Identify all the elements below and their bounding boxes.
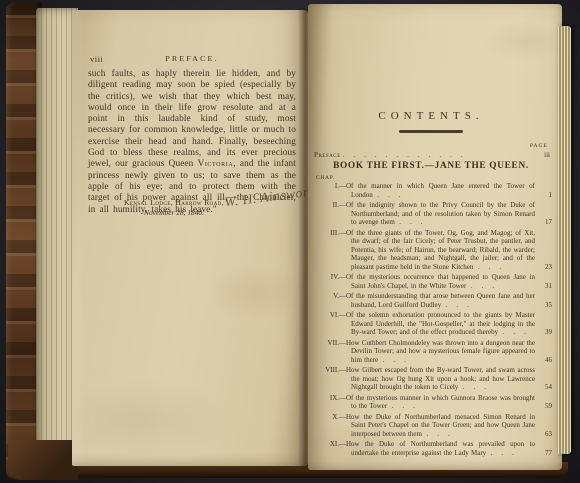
preface-toc-label: Preface (314, 151, 341, 159)
toc-entry-page: 39 (545, 328, 552, 337)
contents-title: CONTENTS. (308, 110, 554, 122)
toc-entry: XI.—How the Duke of Northumberland was p… (320, 440, 552, 457)
toc-entry-number: I.— (320, 182, 346, 191)
toc-entry: VII.—How Cuthbert Cholmondeley was throw… (320, 339, 552, 365)
toc-entry-page: 77 (545, 449, 552, 458)
right-page-edges (558, 26, 571, 454)
toc-entry-number: III.— (320, 229, 346, 238)
divider-rule (399, 130, 463, 133)
running-header: PREFACE. (88, 54, 296, 63)
toc-entry-page: 23 (545, 263, 552, 272)
toc-dot-leader: . . . (378, 356, 407, 364)
toc-entry: VI.—Of the solemn exhortation pronounced… (320, 311, 552, 337)
toc-dot-leader: . . . (422, 430, 451, 438)
toc-entry: III.—Of the three giants of the Tower, O… (320, 229, 552, 272)
toc-entry-text: Of the mysterious manner in which Gunnor… (346, 394, 535, 411)
toc-entry-text: Of the indignity shown to the Privy Coun… (346, 201, 535, 226)
toc-entry-page: 17 (545, 218, 552, 227)
toc-entry-page: 46 (545, 356, 552, 365)
toc-dot-leader: . . . (441, 301, 470, 309)
toc-entry-number: VI.— (320, 311, 346, 320)
toc-entry: X.—How the Duke of Northumberland menace… (320, 413, 552, 439)
toc-entry-number: V.— (320, 292, 346, 301)
toc-entry-number: XI.— (320, 440, 346, 449)
toc-entries: I.—Of the manner in which Queen Jane ent… (320, 182, 552, 459)
preface-toc-page: iii (544, 151, 550, 159)
toc-dot-leader: . . . (498, 328, 527, 336)
preface-dot-leader: . . . . . . . . . . . . (343, 151, 464, 159)
toc-entry-page: 31 (545, 282, 552, 291)
toc-entry-number: X.— (320, 413, 346, 422)
book-photo: viii PREFACE. such faults, as haply ther… (0, 0, 580, 483)
toc-entry: I.—Of the manner in which Queen Jane ent… (320, 182, 552, 199)
toc-dot-leader: . . . (486, 449, 515, 457)
toc-dot-leader: . . . (473, 263, 502, 271)
page-column-label: PAGE (530, 143, 548, 149)
toc-entry-text: How Cuthbert Cholmondeley was thrown int… (346, 339, 535, 364)
toc-entry: IV.—Of the mysterious occurrence that ha… (320, 273, 552, 290)
toc-dot-leader: . . . (458, 383, 487, 391)
toc-entry-number: VIII.— (320, 366, 346, 375)
left-page: viii PREFACE. such faults, as haply ther… (72, 10, 308, 466)
left-page-header: viii PREFACE. (88, 54, 296, 66)
toc-entry-page: 63 (545, 430, 552, 439)
preface-text-before-name: such faults, as haply therein lie hidden… (88, 68, 296, 168)
cover-corner (8, 440, 78, 480)
toc-entry-text: Of the mysterious occurrence that happen… (346, 273, 535, 290)
preface-toc-entry: Preface . . . . . . . . . . . . iii (314, 151, 550, 159)
toc-entry-number: VII.— (320, 339, 346, 348)
toc-dot-leader: . . . (387, 402, 416, 410)
toc-entry-page: 59 (545, 402, 552, 411)
toc-entry-number: IX.— (320, 394, 346, 403)
toc-entry: VIII.—How Gilbert escaped from the By-wa… (320, 366, 552, 392)
toc-entry-text: Of the three giants of the Tower, Og, Go… (346, 229, 535, 271)
toc-dot-leader: . . . (395, 218, 424, 226)
toc-entry: V.—Of the misunderstanding that arose be… (320, 292, 552, 309)
toc-entry-page: 54 (545, 383, 552, 392)
book-heading: BOOK THE FIRST.—JANE THE QUEEN. (308, 161, 554, 171)
chapter-column-label: CHAP. (316, 175, 335, 181)
toc-entry-text: How Gilbert escaped from the By-ward Tow… (346, 366, 535, 391)
queen-name: Victoria (198, 158, 234, 168)
toc-entry: II.—Of the indignity shown to the Privy … (320, 201, 552, 227)
toc-dot-leader: . . . (373, 191, 402, 199)
toc-entry-page: 1 (549, 191, 553, 200)
toc-entry-number: IV.— (320, 273, 346, 282)
toc-entry-page: 35 (545, 301, 552, 310)
toc-entry: IX.—Of the mysterious manner in which Gu… (320, 394, 552, 411)
right-page: CONTENTS. PAGE Preface . . . . . . . . .… (308, 4, 562, 470)
toc-entry-number: II.— (320, 201, 346, 210)
toc-dot-leader: . . . (466, 282, 495, 290)
